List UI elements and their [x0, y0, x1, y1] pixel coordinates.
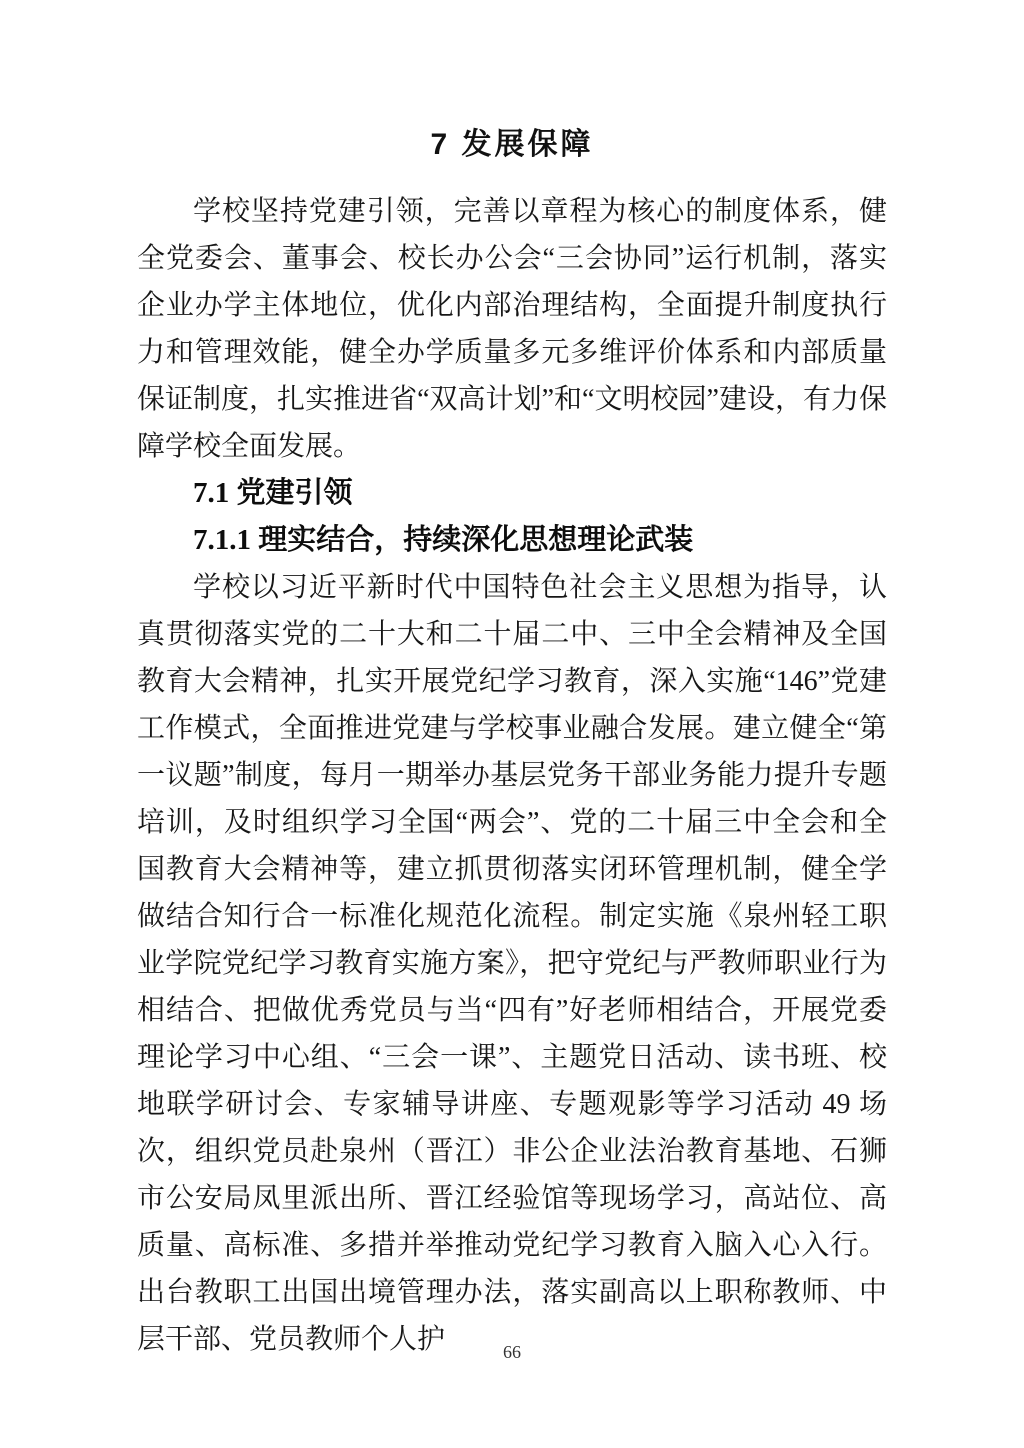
paragraph-governance: 学校坚持党建引领，完善以章程为核心的制度体系，健全党委会、董事会、校长办公会“三…: [137, 188, 887, 470]
section-heading-7-1: 7.1 党建引领: [137, 470, 887, 517]
paragraph-party-building: 学校以习近平新时代中国特色社会主义思想为指导，认真贯彻落实党的二十大和二十届二中…: [137, 564, 887, 1363]
document-page: 7 发展保障 学校坚持党建引领，完善以章程为核心的制度体系，健全党委会、董事会、…: [0, 0, 1024, 1448]
page-number: 66: [0, 1340, 1024, 1364]
chapter-title: 7 发展保障: [0, 126, 1024, 164]
document-body: 学校坚持党建引领，完善以章程为核心的制度体系，健全党委会、董事会、校长办公会“三…: [137, 188, 887, 1363]
subsection-heading-7-1-1: 7.1.1 理实结合，持续深化思想理论武装: [137, 517, 887, 564]
